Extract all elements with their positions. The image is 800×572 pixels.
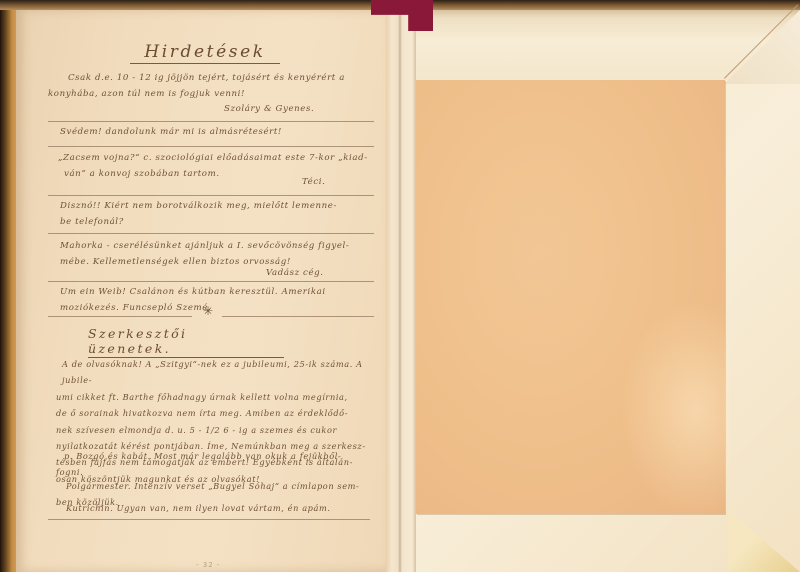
ad-entry: Mahorka - cserélésünket ajánljuk a I. se…: [60, 238, 380, 270]
ad-line: ván” a konvoj szobában tartom.: [64, 166, 380, 182]
message-line: Kutrichin. Ugyan van, nem ilyen lovat vá…: [56, 500, 376, 516]
ad-line: Csak d.e. 10 - 12 ig jöjjön tejért, tojá…: [64, 70, 384, 86]
ad-signature: Téci.: [302, 177, 325, 187]
ad-line: mébe. Kellemetlenségek ellen biztos orvo…: [60, 254, 380, 270]
message-line: nek szívesen elmondja d. u. 5 - 1/2 6 - …: [56, 422, 376, 438]
page-number: - 32 -: [196, 561, 220, 569]
ad-entry: Svédem! dandolunk már mi is almásrétesér…: [60, 124, 380, 140]
ad-signature: Vadász cég.: [266, 268, 324, 278]
asterisk-divider: ✳: [203, 304, 213, 318]
divider-line: [48, 121, 374, 122]
divider-line: [48, 146, 374, 147]
journal-spread: Hirdetések Csak d.e. 10 - 12 ig jöjjön t…: [0, 0, 800, 572]
editorial-message: Kutrichin. Ugyan van, nem ilyen lovat vá…: [56, 500, 376, 516]
ad-line: konyhába, azon túl nem is fogjuk venni!: [48, 86, 384, 102]
book-gutter: [386, 10, 416, 572]
ad-line: be telefonál?: [60, 214, 380, 230]
divider-line: [222, 316, 374, 317]
message-line: umi cikket ft. Barthe főhadnagy úrnak ke…: [56, 389, 376, 405]
divider-line: [48, 233, 374, 234]
ad-line: Mahorka - cserélésünket ajánljuk a I. se…: [60, 238, 380, 254]
message-line: Polgármester. Intenzív verset „Bugyel Só…: [56, 478, 376, 494]
paper-stain: [620, 300, 730, 520]
message-line: de ő sorainak hivatkozva nem írta meg. A…: [56, 405, 376, 421]
divider-line: [48, 281, 374, 282]
ad-line: moziókezés. Funcsepló Szemé.: [60, 300, 380, 316]
ad-entry: Disznó!! Kiért nem borotválkozik meg, mi…: [60, 198, 380, 230]
ad-line: Disznó!! Kiért nem borotválkozik meg, mi…: [60, 198, 380, 214]
ad-line: Svédem! dandolunk már mi is almásrétesér…: [60, 124, 380, 140]
editorial-message: p. Bozgó és kabát. Most már legalább van…: [56, 448, 376, 481]
message-line: p. Bozgó és kabát. Most már legalább van…: [56, 448, 376, 464]
ad-signature: Szoláry & Gyenes.: [224, 104, 314, 114]
ad-entry: Um ein Weib! Csalánon és kútban keresztü…: [60, 284, 380, 316]
message-line: A de olvasóknak! A „Szitgyi“-nek ez a ju…: [56, 356, 376, 389]
ad-entry: Csak d.e. 10 - 12 ig jöjjön tejért, tojá…: [64, 70, 384, 102]
divider-line: [48, 195, 374, 196]
divider-line: [48, 519, 370, 520]
ad-line: Um ein Weib! Csalánon és kútban keresztü…: [60, 284, 380, 300]
ad-entry: „Zacsem vojna?“ c. szociológiai előadása…: [58, 150, 380, 182]
divider-line: [48, 316, 192, 317]
page-title: Hirdetések: [130, 42, 280, 64]
ad-line: „Zacsem vojna?“ c. szociológiai előadása…: [58, 150, 380, 166]
section-title: Szerkesztői üzenetek.: [88, 326, 284, 358]
